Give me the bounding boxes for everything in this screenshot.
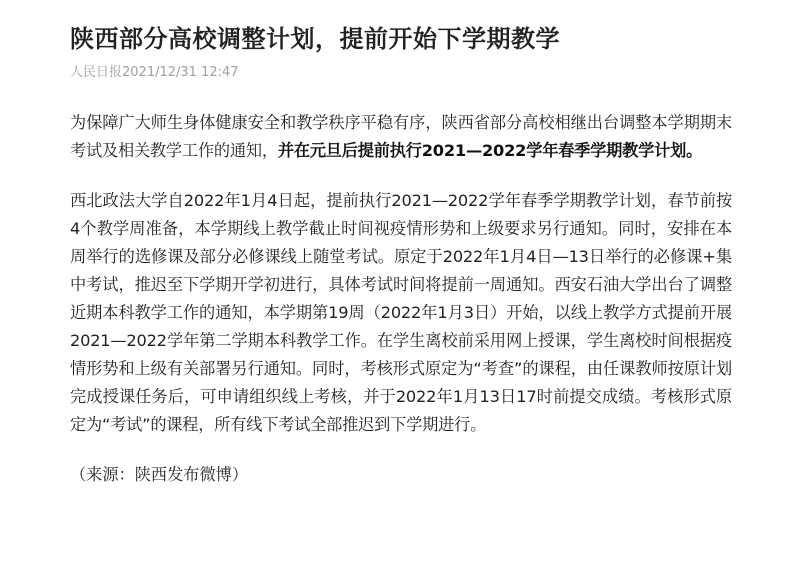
article: 陕西部分高校调整计划，提前开始下学期教学 人民日报2021/12/31 12:4… [70,22,732,489]
article-source: （来源：陕西发布微博） [70,461,732,489]
article-title: 陕西部分高校调整计划，提前开始下学期教学 [70,22,732,56]
paragraph-1-bold: 并在元旦后提前执行2021—2022学年春季学期教学计划。 [278,141,702,160]
paragraph-2: 西北政法大学自2022年1月4日起，提前执行2021—2022学年春季学期教学计… [70,187,732,439]
article-meta: 人民日报2021/12/31 12:47 [70,64,732,82]
paragraph-1: 为保障广大师生身体健康安全和教学秩序平稳有序，陕西省部分高校相继出台调整本学期期… [70,109,732,165]
